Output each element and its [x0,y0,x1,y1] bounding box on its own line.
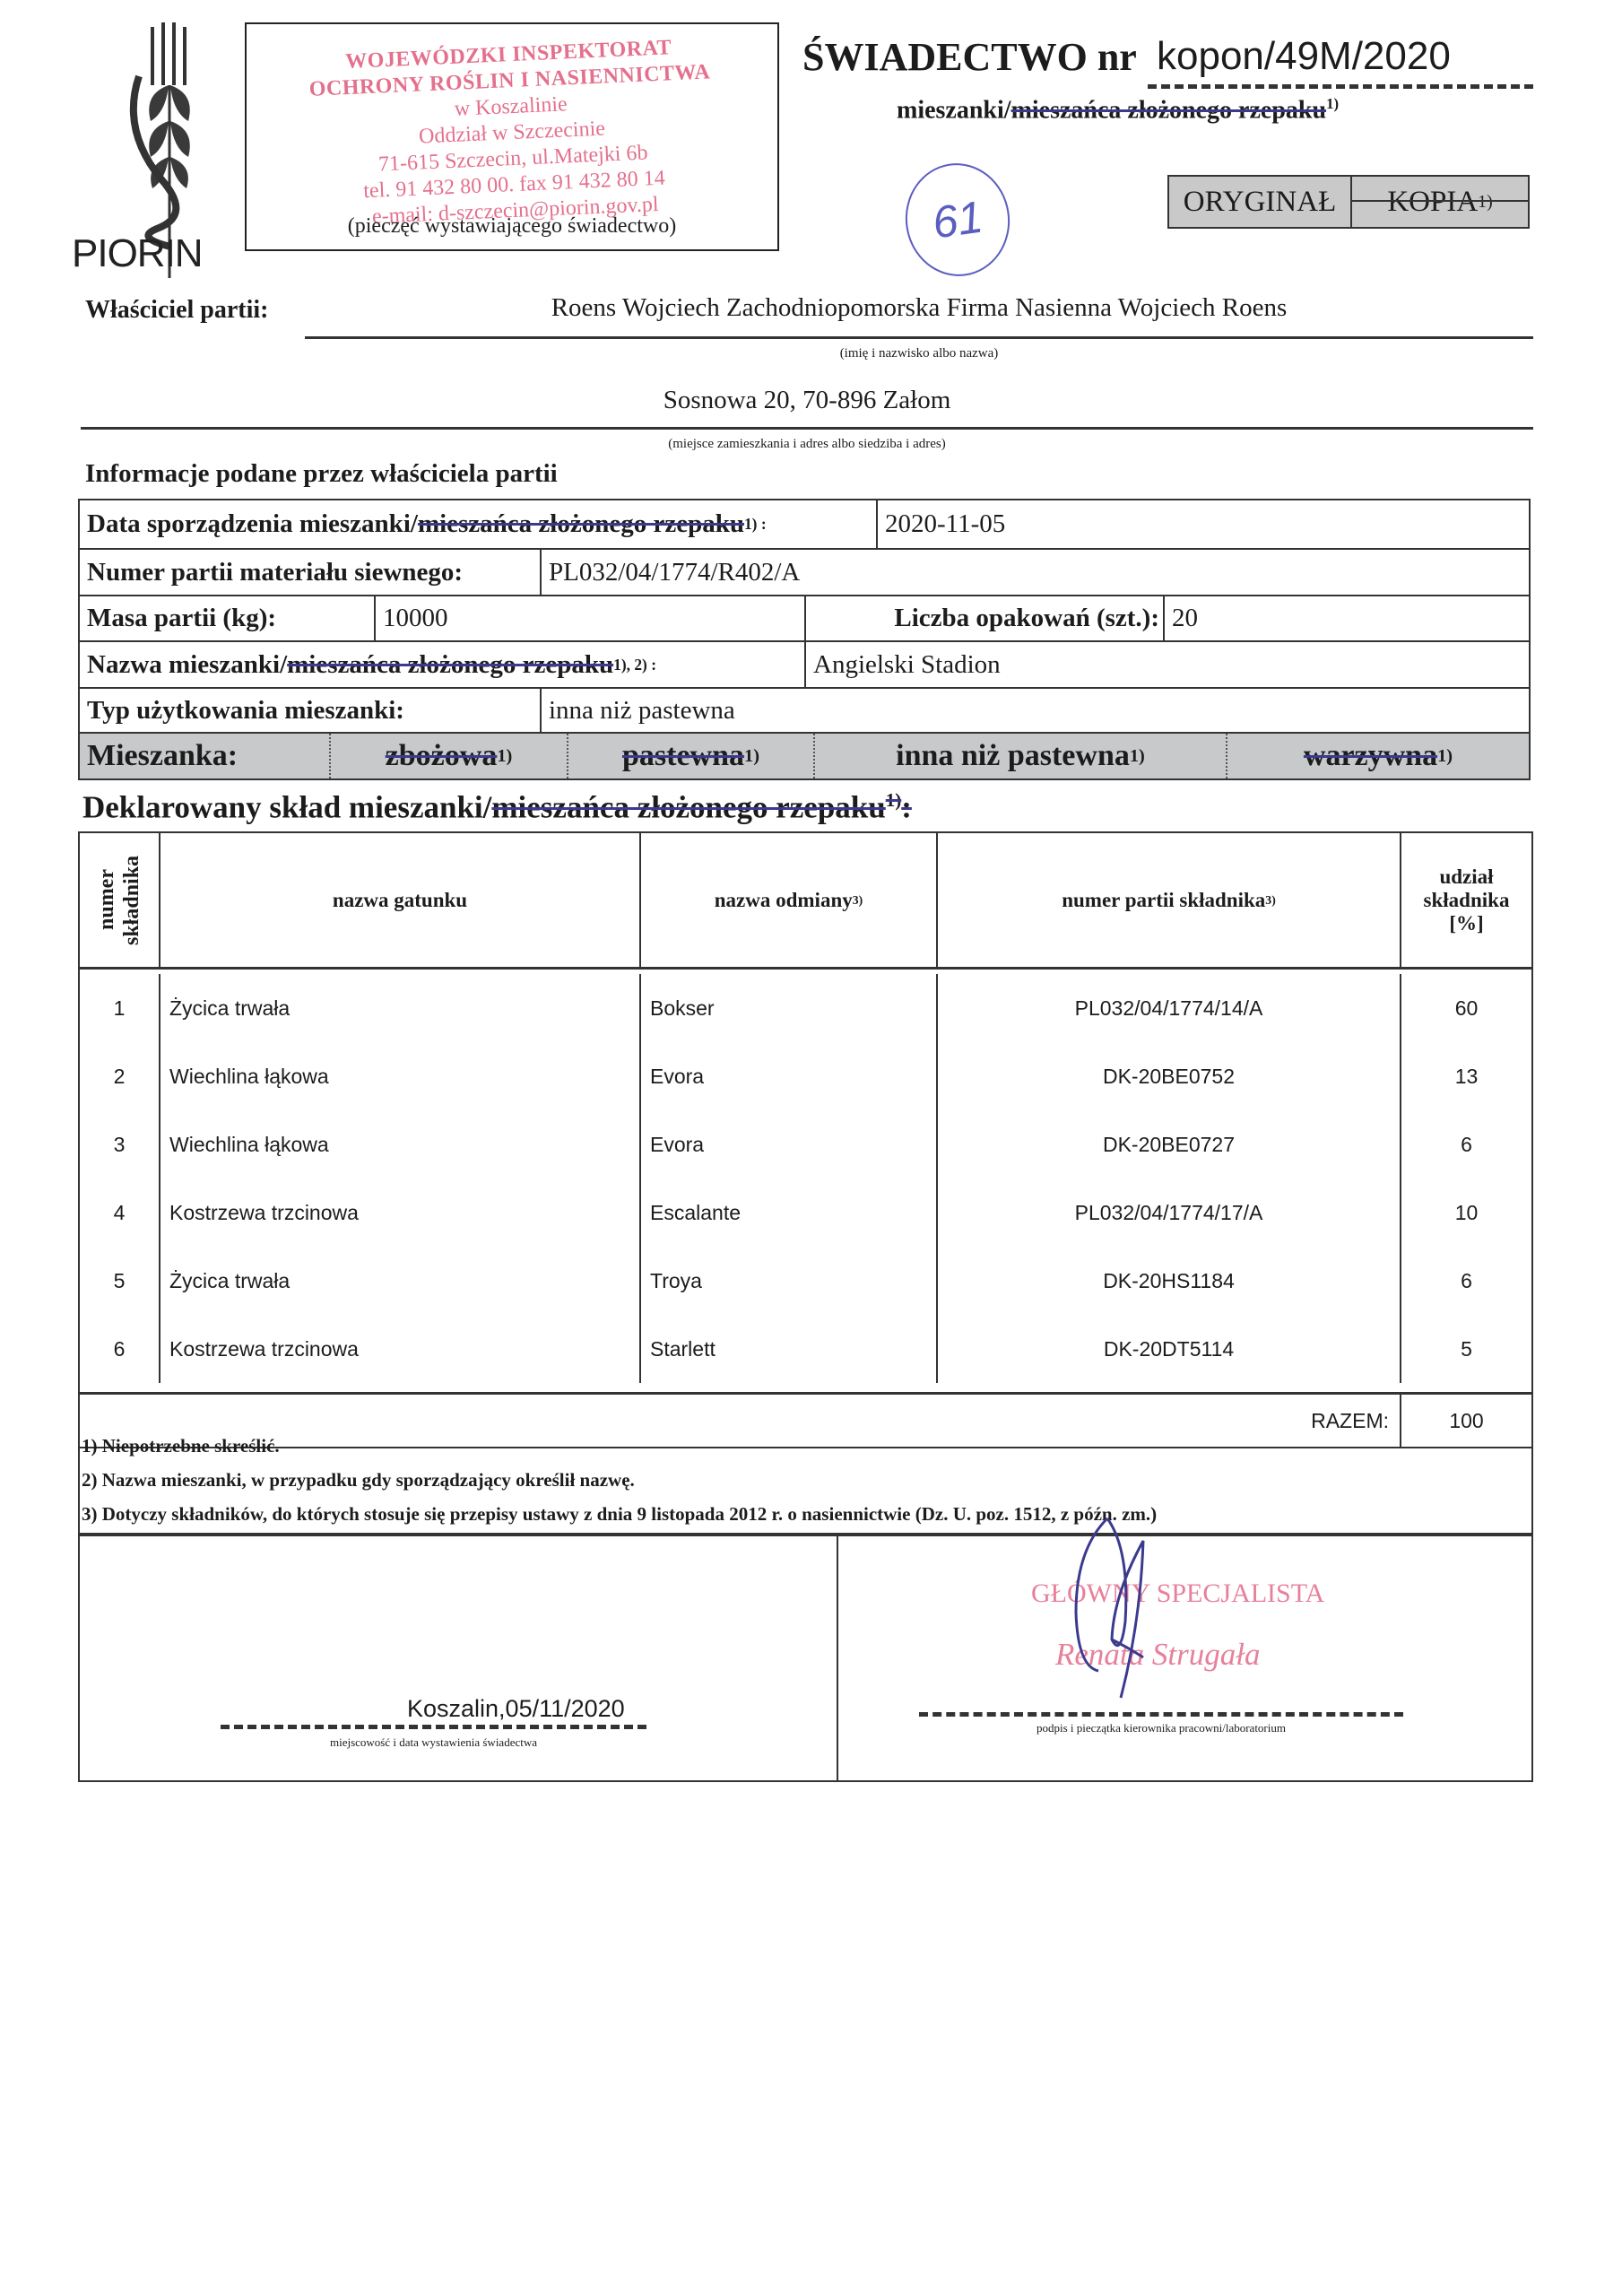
cell-share: 6 [1401,1247,1531,1315]
cell-variety: Bokser [641,974,938,1042]
place-date-caption: miejscowość i data wystawienia świadectw… [221,1735,646,1750]
table-row: 5Życica trwałaTroyaDK-20HS11846 [80,1247,1531,1315]
use-row: Typ użytkowania mieszanki: inna niż past… [78,687,1531,734]
owner-name: Roens Wojciech Zachodniopomorska Firma N… [305,293,1533,323]
signature-section: GŁÓWNY SPECJALISTA Renata Strugała podpi… [838,1536,1531,1780]
cell-variety: Escalante [641,1178,938,1247]
cell-number: 3 [80,1110,160,1178]
info-heading: Informacje podane przez właściciela part… [85,459,558,489]
composition-header: numer składnika nazwa gatunku nazwa odmi… [80,833,1531,970]
certificate-subtitle: mieszanki/mieszańca złożonego rzepaku1) [897,95,1339,125]
mix-type-label: Mieszanka: [80,734,331,778]
footnotes: 1) Niepotrzebne skreślić. 2) Nazwa miesz… [78,1428,1533,1535]
cell-lot: DK-20HS1184 [938,1247,1401,1315]
copy-label: KOPIA1) [1352,177,1528,227]
cell-share: 5 [1401,1315,1531,1383]
footnote-ref: 1) [744,746,759,767]
col-header-share: udział składnika [%] [1401,833,1531,967]
cell-lot: PL032/04/1774/14/A [938,974,1401,1042]
owner-caption: (imię i nazwisko albo nazwa) [305,346,1533,361]
mix-name-value: Angielski Stadion [806,642,1529,687]
circled-number: 61 [898,157,1017,283]
place-date-line [221,1725,646,1729]
footnote-1: 1) Niepotrzebne skreślić. [82,1435,280,1457]
mix-name-row: Nazwa mieszanki/mieszańca złożonego rzep… [78,640,1531,689]
owner-label: Właściciel partii: [85,296,269,325]
date-row: Data sporządzenia mieszanki/mieszańca zł… [78,499,1531,550]
mix-name-label: Nazwa mieszanki/mieszańca złożonego rzep… [80,642,806,687]
cell-variety: Troya [641,1247,938,1315]
logo-text: PIORIN [72,231,203,276]
table-row: 1Życica trwałaBokserPL032/04/1774/14/A60 [80,974,1531,1042]
footnote-3: 3) Dotyczy składników, do których stosuj… [82,1503,1157,1526]
cell-species: Kostrzewa trzcinowa [160,1178,641,1247]
address-underline [81,427,1533,430]
signature-line [919,1712,1403,1717]
mix-option-non-fodder: inna niż pastewna1) [815,734,1227,778]
signature-caption: podpis i pieczątka kierownika pracowni/l… [919,1721,1403,1735]
label-text: Nazwa mieszanki/ [87,650,287,680]
col-header-no: numer składnika [80,833,160,967]
owner-address: Sosnowa 20, 70-896 Załom [81,386,1533,415]
copy-text: KOPIA [1387,186,1478,219]
cell-species: Wiechlina łąkowa [160,1110,641,1178]
cell-number: 1 [80,974,160,1042]
footnote-2: 2) Nazwa mieszanki, w przypadku gdy spor… [82,1469,635,1492]
footnote-ref: 1) [1130,746,1145,767]
composition-heading: Deklarowany skład mieszanki/mieszańca zł… [82,789,912,826]
col-header-lot: numer partii składnika3) [938,833,1401,967]
mass-row: Masa partii (kg): 10000 Liczba opakowań … [78,595,1531,642]
cell-lot: DK-20BE0727 [938,1110,1401,1178]
cell-lot: DK-20BE0752 [938,1042,1401,1110]
mass-value: 10000 [376,596,806,640]
place-date-section: Koszalin,05/11/2020 miejscowość i data w… [80,1536,838,1780]
label-struck: mieszańca złożonego rzepaku [287,650,613,680]
cell-species: Wiechlina łąkowa [160,1042,641,1110]
signature-block: Koszalin,05/11/2020 miejscowość i data w… [78,1535,1533,1782]
cell-share: 60 [1401,974,1531,1042]
col-header-species: nazwa gatunku [160,833,641,967]
packages-value: 20 [1165,596,1529,640]
footnote-ref: 1), 2) : [613,656,656,674]
date-value: 2020-11-05 [878,500,1529,548]
lot-value: PL032/04/1774/R402/A [542,550,1529,595]
subtitle-struck: mieszańca złożonego rzepaku [1011,96,1327,124]
lot-label: Numer partii materiału siewnego: [80,550,542,595]
table-row: 3Wiechlina łąkowaEvoraDK-20BE07276 [80,1110,1531,1178]
col-header-variety: nazwa odmiany3) [641,833,938,967]
cell-variety: Evora [641,1042,938,1110]
mix-option-cereal: zbożowa1) [331,734,568,778]
issuer-stamp-box: WOJEWÓDZKI INSPEKTORAT OCHRONY ROŚLIN I … [245,22,779,251]
owner-underline [305,336,1533,339]
certificate-number: kopon/49M/2020 [1157,34,1451,79]
option-text: warzywna [1304,739,1437,773]
option-text: inna niż pastewna [896,739,1130,773]
table-row: 4Kostrzewa trzcinowaEscalantePL032/04/17… [80,1178,1531,1247]
footnote-ref: 1) [1478,192,1492,213]
composition-rows: 1Życica trwałaBokserPL032/04/1774/14/A60… [80,970,1531,1392]
footnote-ref: 1) : [744,515,767,534]
cell-lot: PL032/04/1774/17/A [938,1178,1401,1247]
cell-number: 5 [80,1247,160,1315]
cell-species: Życica trwała [160,974,641,1042]
heading-struck: mieszańca złożonego rzepaku [491,790,885,825]
cell-number: 2 [80,1042,160,1110]
stamp-caption: (pieczęć wystawiającego świadectwo) [247,214,777,239]
subtitle-kept: mieszanki/ [897,96,1011,124]
mix-type-row: Mieszanka: zbożowa1) pastewna1) inna niż… [78,732,1531,780]
heading-tail: : [901,790,912,825]
heading-text: Deklarowany skład mieszanki/ [82,790,491,825]
option-text: zbożowa [386,739,498,773]
col-header-text: nazwa odmiany [715,889,853,912]
composition-table: numer składnika nazwa gatunku nazwa odmi… [78,831,1533,1448]
label-text: Data sporządzenia mieszanki/ [87,509,418,539]
date-label: Data sporządzenia mieszanki/mieszańca zł… [80,500,878,548]
original-copy-box: ORYGINAŁ KOPIA1) [1167,175,1530,229]
cell-number: 4 [80,1178,160,1247]
place-date: Koszalin,05/11/2020 [407,1695,625,1723]
mix-option-vegetable: warzywna1) [1227,734,1529,778]
issuer-stamp: WOJEWÓDZKI INSPEKTORAT OCHRONY ROŚLIN I … [243,30,781,236]
cell-species: Życica trwała [160,1247,641,1315]
cell-variety: Evora [641,1110,938,1178]
mass-label: Masa partii (kg): [80,596,376,640]
cell-lot: DK-20DT5114 [938,1315,1401,1383]
use-label: Typ użytkowania mieszanki: [80,689,542,732]
col-header-text: numer partii składnika [1062,889,1265,912]
label-struck: mieszańca złożonego rzepaku [418,509,744,539]
cell-species: Kostrzewa trzcinowa [160,1315,641,1383]
cell-share: 10 [1401,1178,1531,1247]
footnote-ref: 1) [886,789,902,811]
handwritten-signature-icon [1058,1514,1184,1702]
certificate-title: ŚWIADECTWO nr [802,34,1137,80]
cell-variety: Starlett [641,1315,938,1383]
use-value: inna niż pastewna [542,689,1529,732]
footnote-ref: 1) [1326,95,1339,112]
cell-number: 6 [80,1315,160,1383]
footnote-ref: 1) [497,746,512,767]
original-label: ORYGINAŁ [1169,177,1352,227]
footnote-ref: 3) [1265,893,1276,908]
table-row: 2Wiechlina łąkowaEvoraDK-20BE075213 [80,1042,1531,1110]
col-header-text: numer składnika [94,833,144,967]
option-text: pastewna [622,739,744,773]
mix-option-fodder: pastewna1) [568,734,815,778]
cell-share: 6 [1401,1110,1531,1178]
lot-row: Numer partii materiału siewnego: PL032/0… [78,548,1531,596]
address-caption: (miejsce zamieszkania i adres albo siedz… [81,437,1533,452]
footnote-ref: 3) [853,893,863,908]
table-row: 6Kostrzewa trzcinowaStarlettDK-20DT51145 [80,1315,1531,1383]
cell-share: 13 [1401,1042,1531,1110]
footnote-ref: 1) [1437,746,1453,767]
certificate-number-underline [1148,84,1533,89]
packages-label: Liczba opakowań (szt.): [806,596,1165,640]
